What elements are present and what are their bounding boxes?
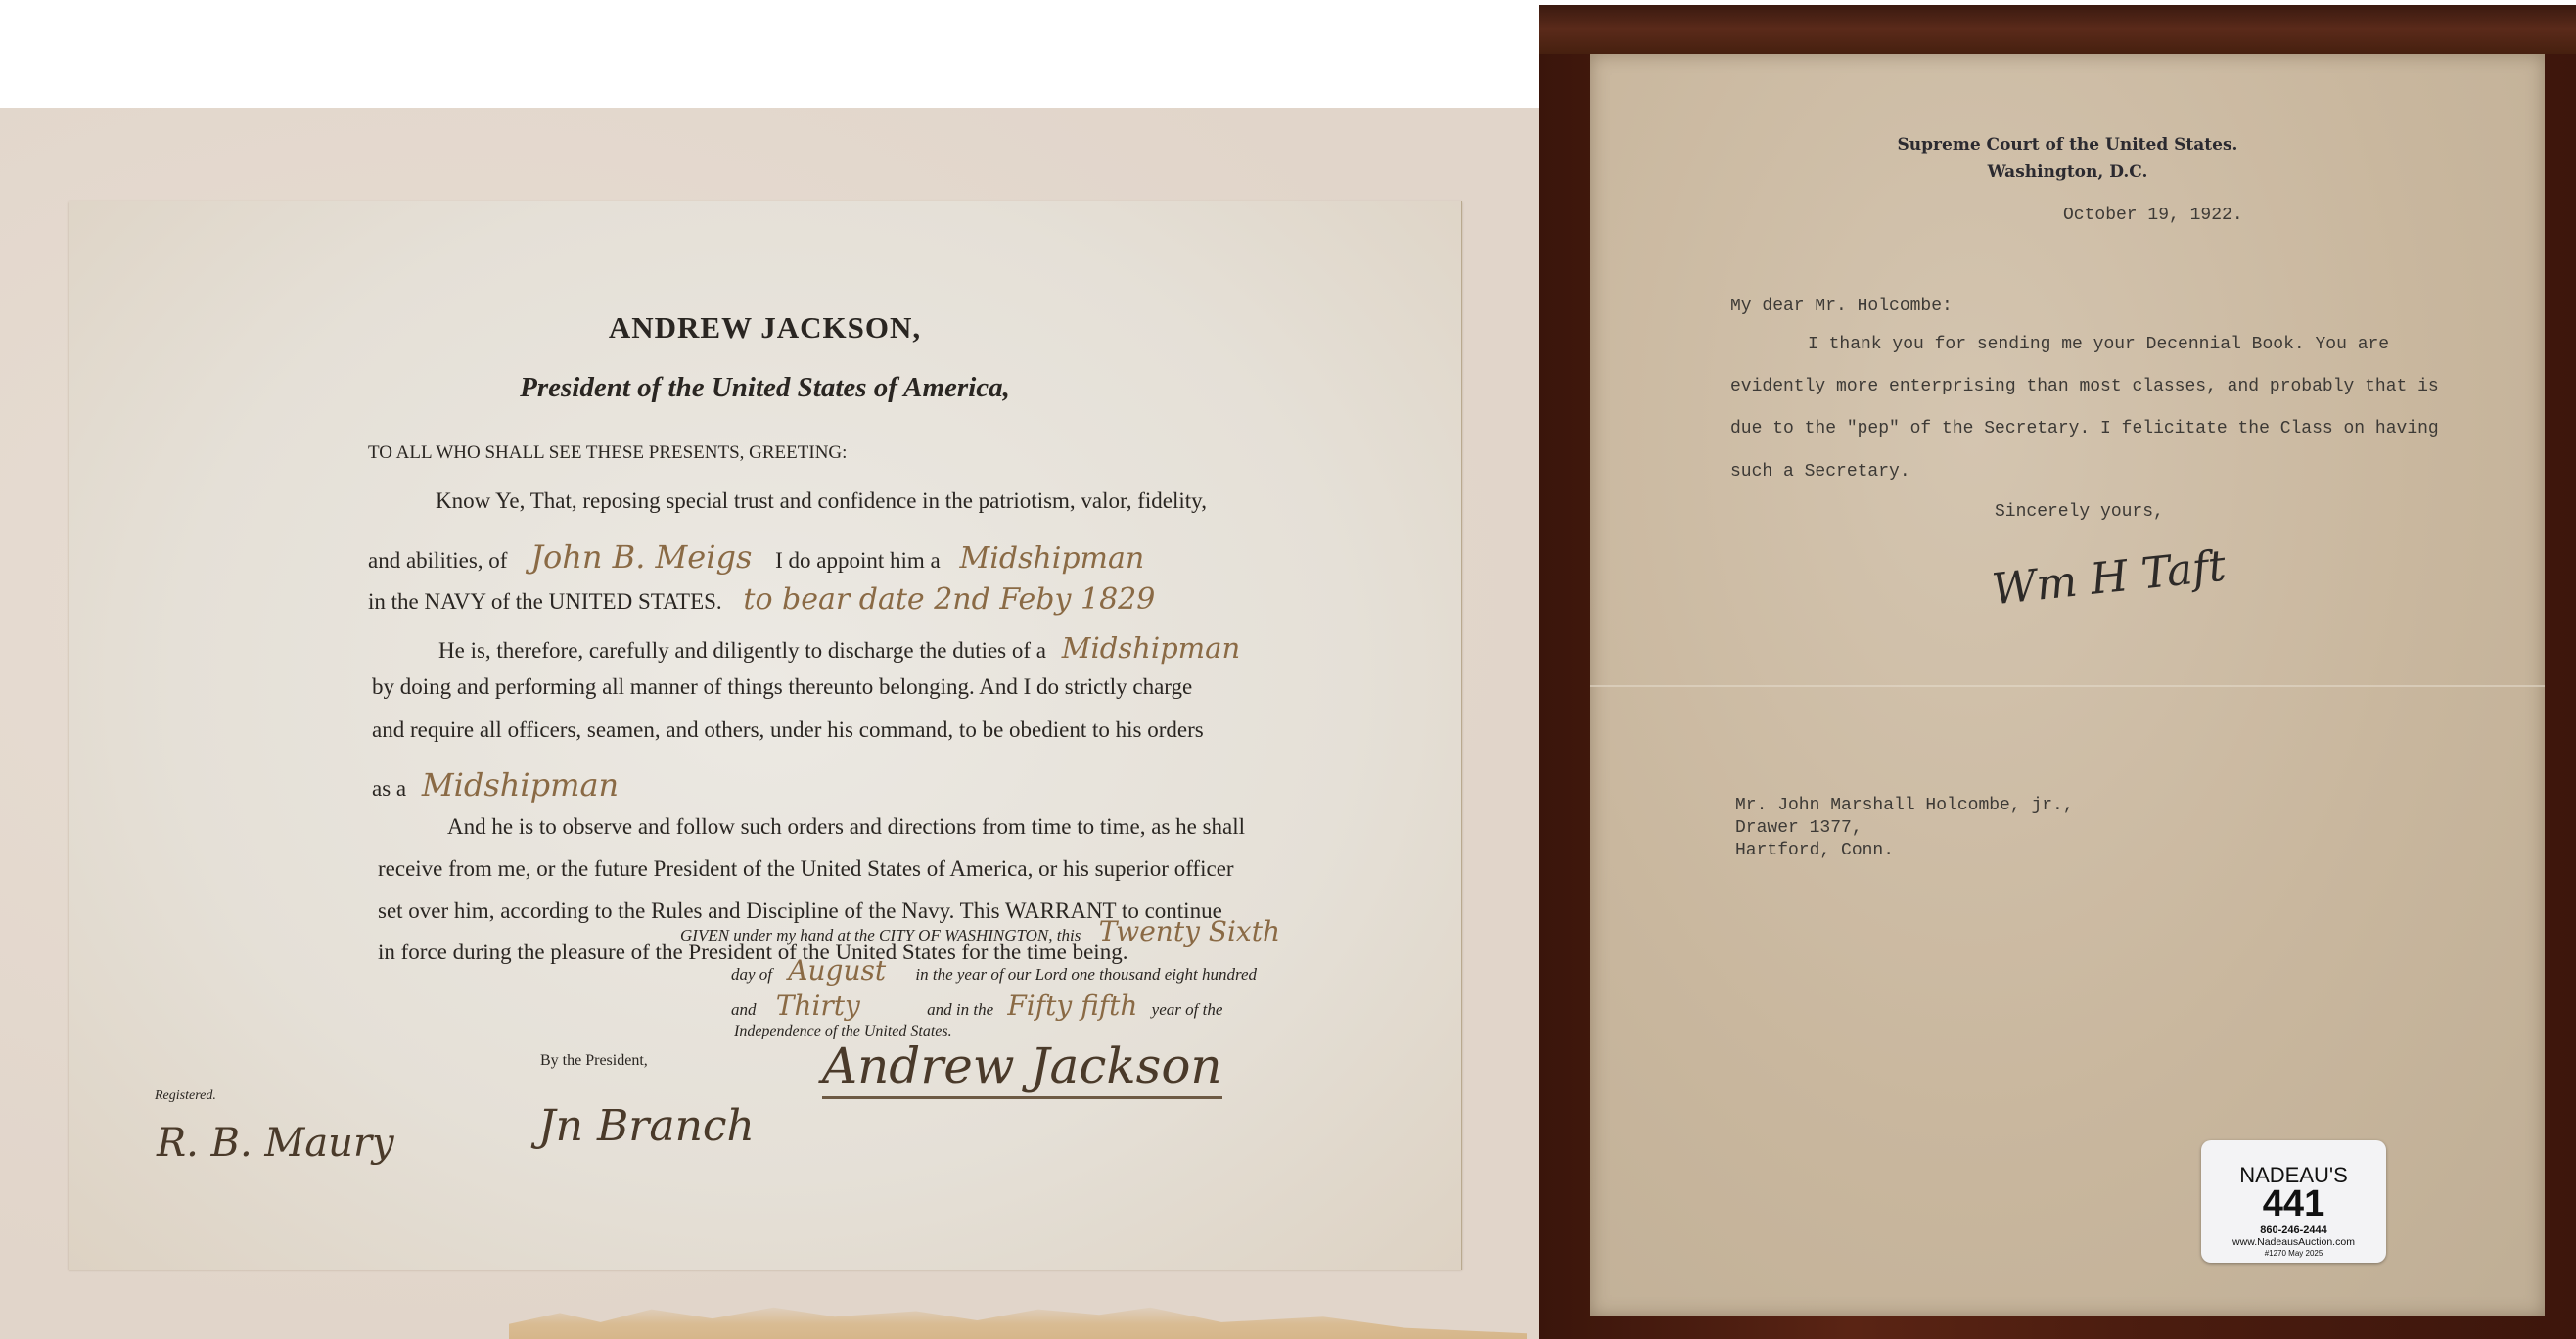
handwritten-rank: Midshipman bbox=[422, 766, 619, 804]
letter-date: October 19, 1922. bbox=[2063, 206, 2243, 225]
by-the-president-label: By the President, bbox=[540, 1052, 648, 1070]
printed-text: and abilities, of bbox=[368, 548, 507, 573]
registrar-signature: R. B. Maury bbox=[157, 1121, 394, 1166]
warrant-line: He is, therefore, carefully and diligent… bbox=[438, 631, 1240, 665]
handwritten-appointee: John B. Meigs bbox=[530, 538, 752, 576]
handwritten-rank: Midshipman bbox=[960, 541, 1145, 576]
given-line-3: and Thirty and in the Fifty fifth year o… bbox=[731, 990, 1222, 1022]
letter-body-line: due to the "pep" of the Secretary. I fel… bbox=[1730, 419, 2439, 439]
printed-text: year of the bbox=[1152, 1000, 1223, 1019]
handwritten-year: Thirty bbox=[776, 990, 860, 1022]
lot-number: 441 bbox=[2201, 1184, 2386, 1224]
address-line: Drawer 1377, bbox=[1735, 818, 1863, 838]
warrant-line: as a Midshipman bbox=[372, 766, 619, 804]
printed-text: in the year of our Lord one thousand eig… bbox=[915, 965, 1257, 984]
warrant-subtitle: President of the United States of Americ… bbox=[69, 372, 1461, 404]
frame-top-rail bbox=[1539, 5, 2576, 54]
sale-number: #1270 May 2025 bbox=[2201, 1249, 2386, 1258]
secretary-signature: Jn Branch bbox=[538, 1101, 755, 1151]
printed-text: as a bbox=[372, 776, 406, 801]
address-line: Mr. John Marshall Holcombe, jr., bbox=[1735, 796, 2074, 815]
warrant-line: and abilities, of John B. Meigs I do app… bbox=[368, 538, 1144, 576]
given-line-2: day of August in the year of our Lord on… bbox=[731, 954, 1257, 987]
printed-text: GIVEN under my hand at the CITY OF WASHI… bbox=[680, 926, 1081, 945]
handwritten-rank: Midshipman bbox=[1062, 631, 1240, 665]
letter-salutation: My dear Mr. Holcombe: bbox=[1730, 297, 1953, 316]
handwritten-date: to bear date 2nd Feby 1829 bbox=[743, 582, 1155, 617]
president-signature: Andrew Jackson bbox=[822, 1038, 1222, 1099]
letterhead-court: Supreme Court of the United States. bbox=[1590, 135, 2545, 155]
auction-url: www.NadeausAuction.com bbox=[2201, 1236, 2386, 1248]
warrant-line: Know Ye, That, reposing special trust an… bbox=[436, 488, 1207, 514]
address-line: Hartford, Conn. bbox=[1735, 841, 1894, 860]
warrant-line: receive from me, or the future President… bbox=[378, 856, 1234, 882]
printed-text: and bbox=[731, 1000, 757, 1019]
handwritten-independence-year: Fifty fifth bbox=[1007, 990, 1137, 1022]
letterhead-city: Washington, D.C. bbox=[1590, 162, 2545, 182]
printed-text: in the NAVY of the UNITED STATES. bbox=[368, 589, 722, 614]
handwritten-month: August bbox=[788, 954, 886, 987]
given-line-1: GIVEN under my hand at the CITY OF WASHI… bbox=[680, 915, 1280, 947]
warrant-line: by doing and performing all manner of th… bbox=[372, 674, 1192, 700]
letter-body-line: evidently more enterprising than most cl… bbox=[1730, 377, 2439, 396]
registered-label: Registered. bbox=[155, 1088, 216, 1104]
midshipman-warrant: ANDREW JACKSON, President of the United … bbox=[69, 201, 1462, 1270]
printed-text: day of bbox=[731, 965, 772, 984]
warrant-line: And he is to observe and follow such ord… bbox=[447, 814, 1245, 840]
warrant-line: in the NAVY of the UNITED STATES. to bea… bbox=[368, 582, 1155, 617]
auction-lot-tag: NADEAU'S 441 860-246-2444 www.NadeausAuc… bbox=[2201, 1140, 2386, 1263]
letter-body-line: I thank you for sending me your Decennia… bbox=[1808, 335, 2389, 354]
printed-text: He is, therefore, carefully and diligent… bbox=[438, 638, 1046, 663]
auction-phone: 860-246-2444 bbox=[2201, 1224, 2386, 1236]
warrant-title: ANDREW JACKSON, bbox=[69, 310, 1461, 346]
letter-closing: Sincerely yours, bbox=[1995, 502, 2164, 522]
letter-fold-line bbox=[1590, 685, 2545, 687]
handwritten-day: Twenty Sixth bbox=[1099, 915, 1280, 947]
printed-text: I do appoint him a bbox=[775, 548, 941, 573]
printed-text: and in the bbox=[927, 1000, 993, 1019]
warrant-greeting: TO ALL WHO SHALL SEE THESE PRESENTS, GRE… bbox=[368, 442, 847, 464]
letter-body-line: such a Secretary. bbox=[1730, 462, 1910, 482]
warrant-line: and require all officers, seamen, and ot… bbox=[372, 717, 1204, 743]
